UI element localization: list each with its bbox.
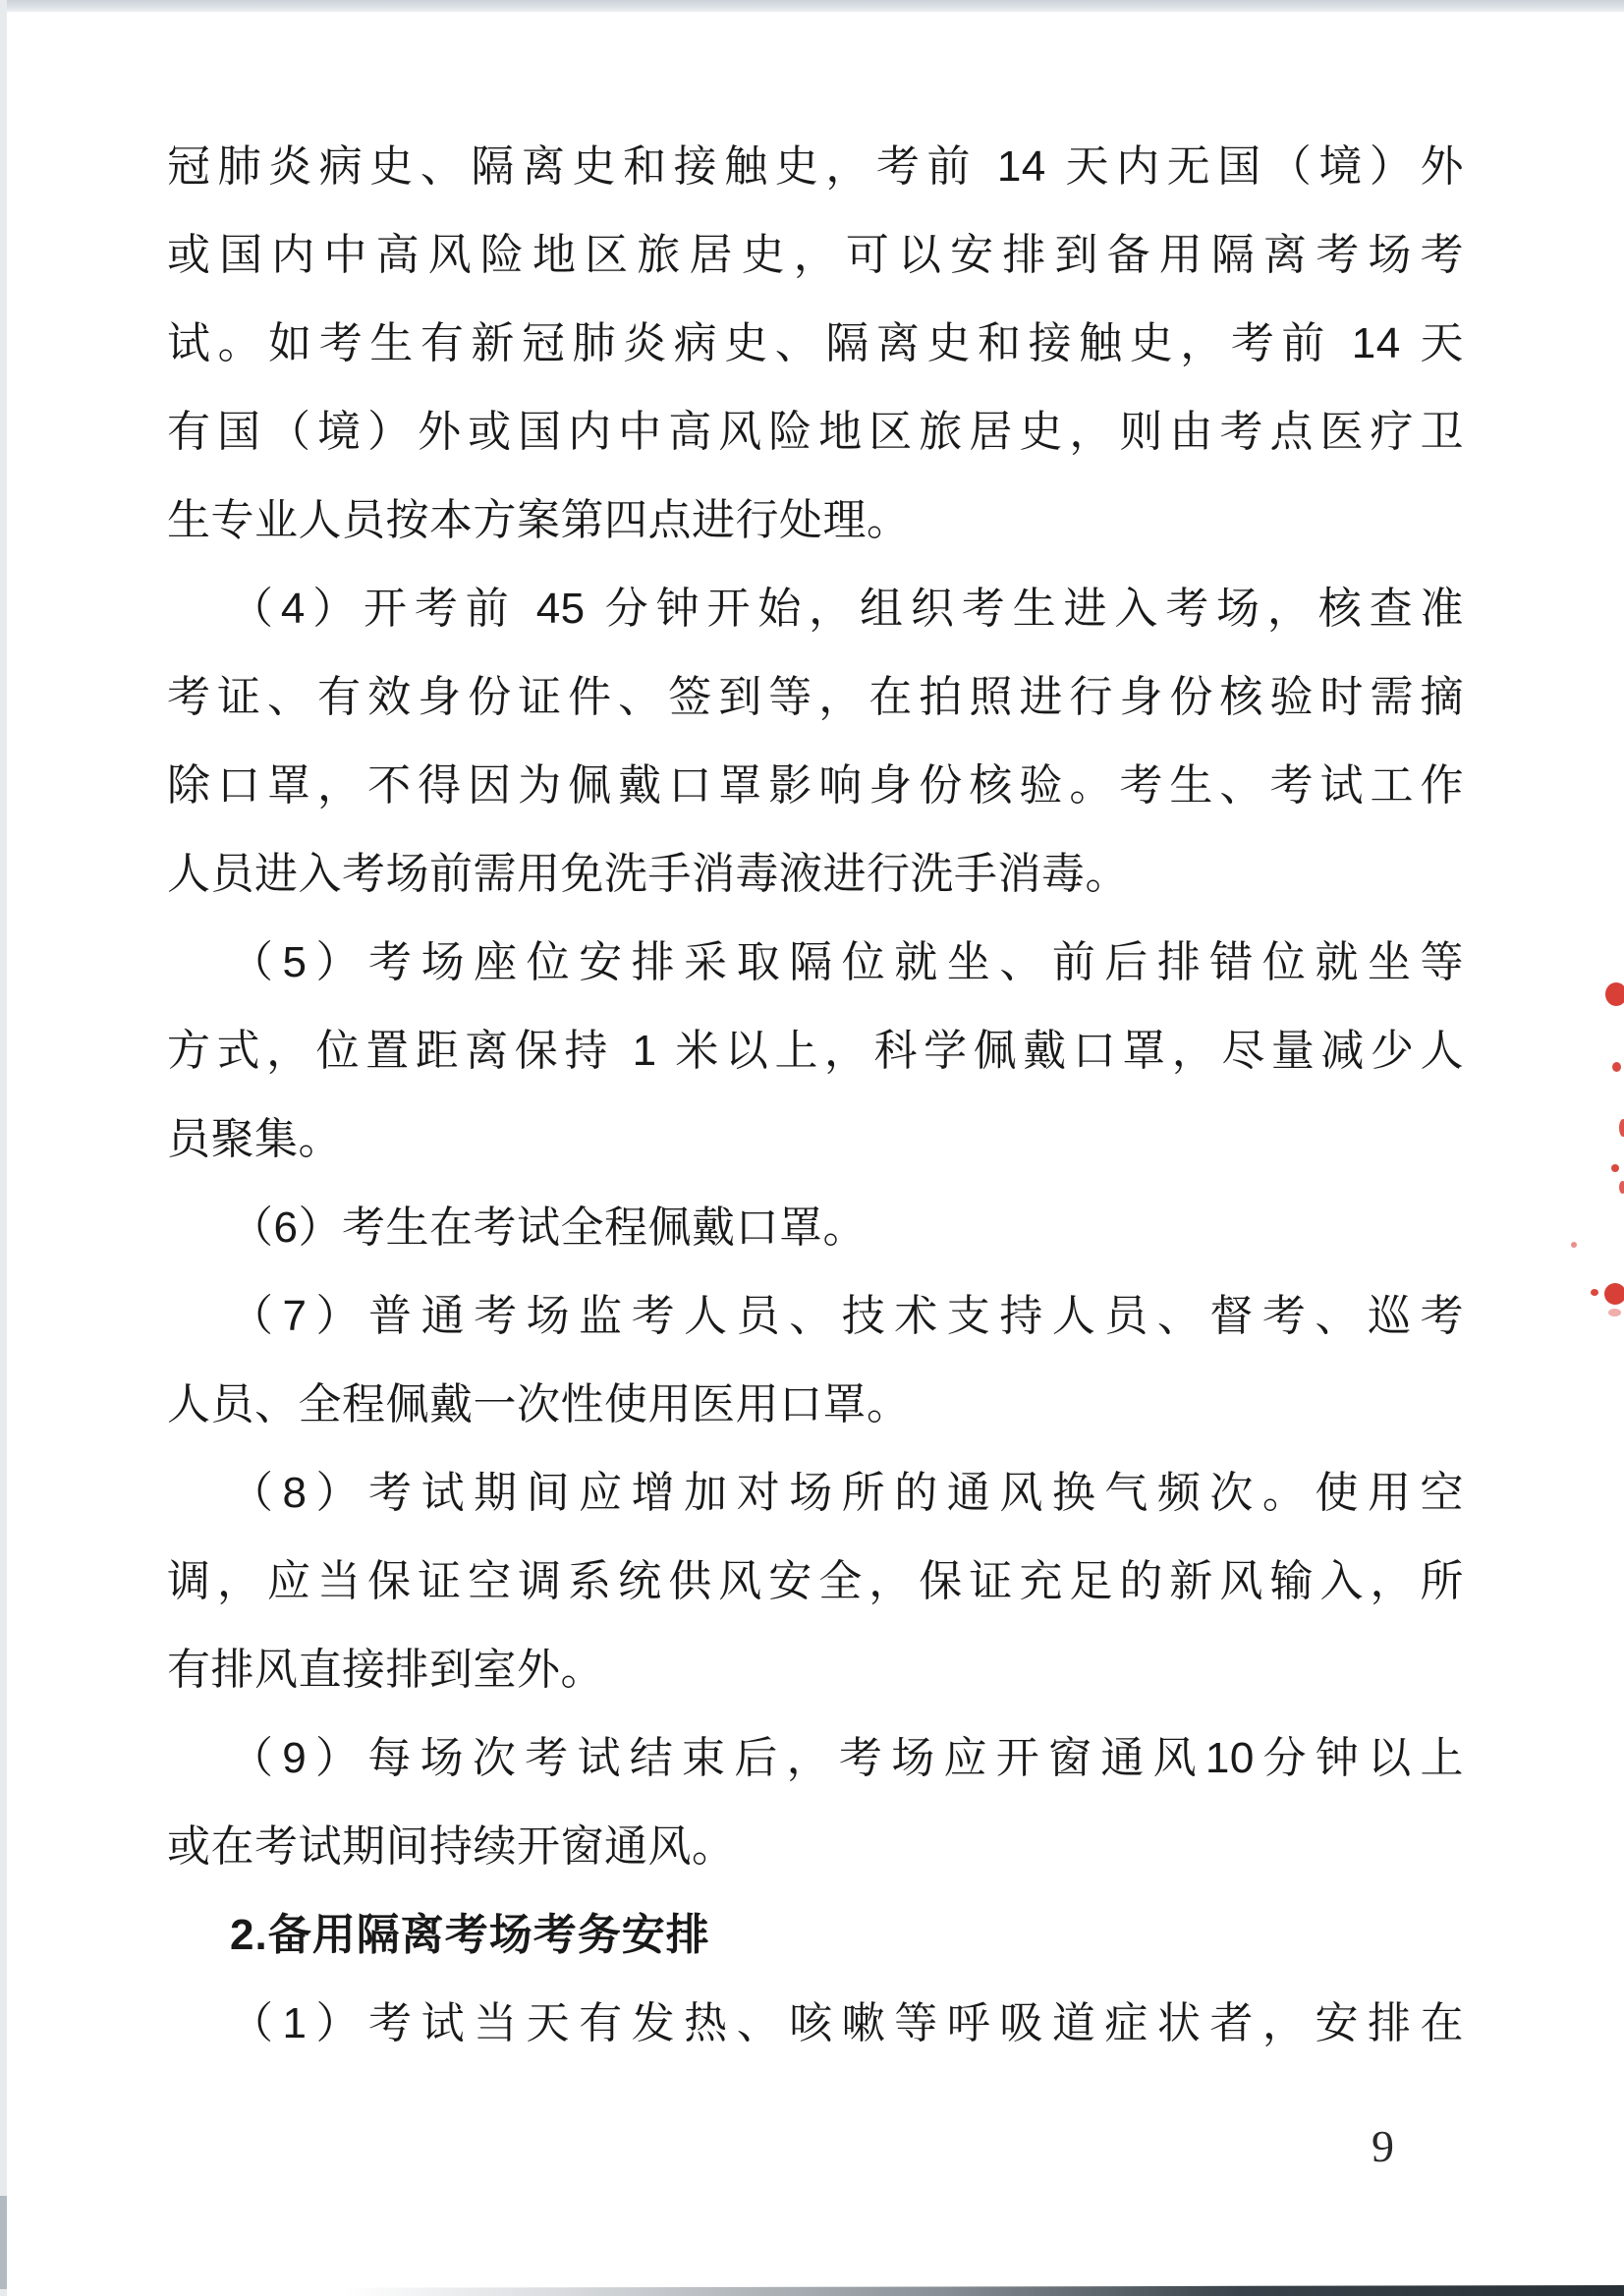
scan-left-edge-shadow <box>0 2196 7 2289</box>
text-line: 有国（境）外或国内中高风险地区旅居史，则由考点医疗卫 <box>167 388 1464 476</box>
page-number: 9 <box>1372 2122 1394 2171</box>
red-ink-mark <box>1571 1242 1577 1248</box>
red-ink-mark <box>1604 1283 1624 1305</box>
scan-left-edge <box>0 0 7 2296</box>
red-ink-mark <box>1619 1181 1624 1194</box>
scan-top-edge <box>0 0 1624 12</box>
text-line: 人员、全程佩戴一次性使用医用口罩。 <box>167 1361 1464 1449</box>
red-ink-mark <box>1591 1289 1598 1296</box>
text-line: 员聚集。 <box>167 1095 1464 1184</box>
text-line: 试。如考生有新冠肺炎病史、隔离史和接触史，考前 14 天 <box>167 300 1464 388</box>
text-line: （4）开考前 45 分钟开始，组织考生进入考场，核查准 <box>167 565 1464 653</box>
text-line: 或在考试期间持续开窗通风。 <box>167 1803 1464 1891</box>
text-line: （9）每场次考试结束后，考场应开窗通风10分钟以上 <box>167 1714 1464 1803</box>
scan-bottom-edge <box>344 2285 1624 2296</box>
text-line: 方式，位置距离保持 1 米以上，科学佩戴口罩，尽量减少人 <box>167 1007 1464 1095</box>
text-line: （7）普通考场监考人员、技术支持人员、督考、巡考 <box>167 1272 1464 1361</box>
red-ink-mark <box>1619 1119 1624 1137</box>
text-line: 人员进入考场前需用免洗手消毒液进行洗手消毒。 <box>167 830 1464 919</box>
red-ink-mark <box>1608 1309 1621 1316</box>
text-line: 冠肺炎病史、隔离史和接触史，考前 14 天内无国（境）外 <box>167 123 1464 211</box>
red-ink-mark <box>1611 1164 1619 1172</box>
text-line: （5）考场座位安排采取隔位就坐、前后排错位就坐等 <box>167 919 1464 1007</box>
text-line: 有排风直接排到室外。 <box>167 1626 1464 1714</box>
text-line: 除口罩，不得因为佩戴口罩影响身份核验。考生、考试工作 <box>167 742 1464 830</box>
document-body: 冠肺炎病史、隔离史和接触史，考前 14 天内无国（境）外或国内中高风险地区旅居史… <box>167 123 1464 2068</box>
text-line: （6）考生在考试全程佩戴口罩。 <box>167 1184 1464 1272</box>
section-heading: 2.备用隔离考场考务安排 <box>167 1891 1464 1980</box>
text-line: （1）考试当天有发热、咳嗽等呼吸道症状者，安排在 <box>167 1980 1464 2068</box>
red-ink-mark <box>1605 982 1624 1006</box>
text-line: 考证、有效身份证件、签到等，在拍照进行身份核验时需摘 <box>167 653 1464 742</box>
text-line: （8）考试期间应增加对场所的通风换气频次。使用空 <box>167 1449 1464 1538</box>
text-line: 或国内中高风险地区旅居史，可以安排到备用隔离考场考 <box>167 211 1464 300</box>
red-ink-mark <box>1612 1062 1621 1072</box>
scanned-document-page: 冠肺炎病史、隔离史和接触史，考前 14 天内无国（境）外或国内中高风险地区旅居史… <box>0 0 1624 2296</box>
text-line: 调，应当保证空调系统供风安全，保证充足的新风输入，所 <box>167 1538 1464 1626</box>
text-line: 生专业人员按本方案第四点进行处理。 <box>167 476 1464 565</box>
